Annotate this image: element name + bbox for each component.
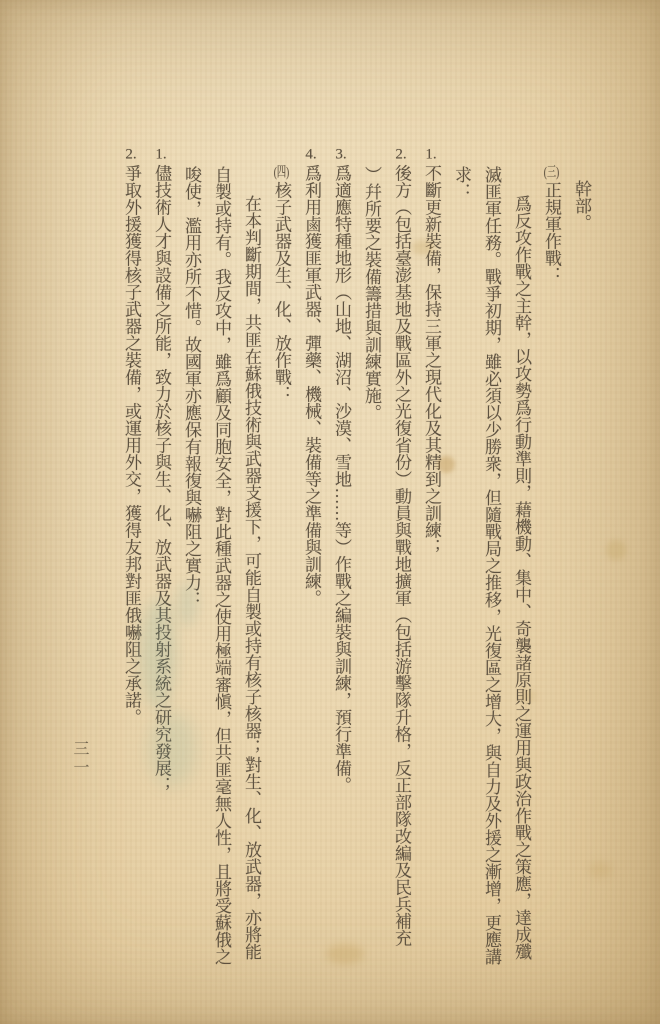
item-number: 2. (393, 147, 409, 162)
section-title-3: 正規軍作戰： (542, 181, 561, 283)
item-text: 爭取外援獲得核子武器之裝備，或運用外交，獲得友邦對匪俄嚇阻之承諾。 (122, 165, 141, 726)
section-title-4: 核子武器及生、化、放作戰： (272, 181, 291, 402)
list-item-4: 4.爲利用鹵獲匪軍武器、彈藥、機械、裝備等之準備與訓練。 (296, 166, 326, 968)
scanned-page: 幹部。(三)正規軍作戰：爲反攻作戰之主幹，以攻勢爲行動準則，藉機動、集中、奇襲諸… (0, 0, 660, 1024)
item-number: 1. (423, 147, 439, 162)
section-number-4: (四) (274, 166, 289, 180)
item-text: 後方（包括臺澎基地及戰區外之光復省份）動員與戰地擴軍（包括游擊隊升格，反正部隊改… (362, 165, 411, 947)
item-number: 1. (153, 147, 169, 162)
document-body: 幹部。(三)正規軍作戰：爲反攻作戰之主幹，以攻勢爲行動準則，藉機動、集中、奇襲諸… (116, 166, 596, 968)
list-item-1: 1.不斷更新裝備，保持三軍之現代化及其精到之訓練； (416, 166, 446, 968)
item-text: 儘技術人才與設備之所能，致力於核子與生、化、放武器及其投射系統之研究發展； (152, 165, 171, 794)
item-number: 4. (303, 147, 319, 162)
list-item-3: 3.爲適應特種地形（山地、湖沼、沙漠、雪地……等）作戰之編裝與訓練，預行準備。 (326, 166, 356, 968)
section-heading-3: (三)正規軍作戰： (536, 166, 566, 968)
section-heading-4: (四)核子武器及生、化、放作戰： (266, 166, 296, 968)
paragraph-nuclear: 在本判斷期間，共匪在蘇俄技術與武器支援下，可能自製或持有核子核器；對生、化、放武… (176, 166, 266, 968)
paragraph-regular-forces: 爲反攻作戰之主幹，以攻勢爲行動準則，藉機動、集中、奇襲諸原則之運用與政治作戰之策… (446, 166, 536, 968)
item-text: 爲適應特種地形（山地、湖沼、沙漠、雪地……等）作戰之編裝與訓練，預行準備。 (332, 165, 351, 794)
list-item-2: 2.後方（包括臺澎基地及戰區外之光復省份）動員與戰地擴軍（包括游擊隊升格，反正部… (356, 166, 416, 968)
item-number: 2. (123, 147, 139, 162)
list-item-nuclear-2: 2.爭取外援獲得核子武器之裝備，或運用外交，獲得友邦對匪俄嚇阻之承諾。 (116, 166, 146, 968)
paper-stain (606, 540, 626, 560)
page-number: 三一 (68, 740, 91, 778)
list-item-nuclear-1: 1.儘技術人才與設備之所能，致力於核子與生、化、放武器及其投射系統之研究發展； (146, 166, 176, 968)
carryover-line: 幹部。 (566, 166, 596, 968)
item-text: 不斷更新裝備，保持三軍之現代化及其精到之訓練； (422, 165, 441, 556)
section-number-3: (三) (544, 166, 559, 180)
item-text: 爲利用鹵獲匪軍武器、彈藥、機械、裝備等之準備與訓練。 (302, 165, 321, 607)
item-number: 3. (333, 147, 349, 162)
